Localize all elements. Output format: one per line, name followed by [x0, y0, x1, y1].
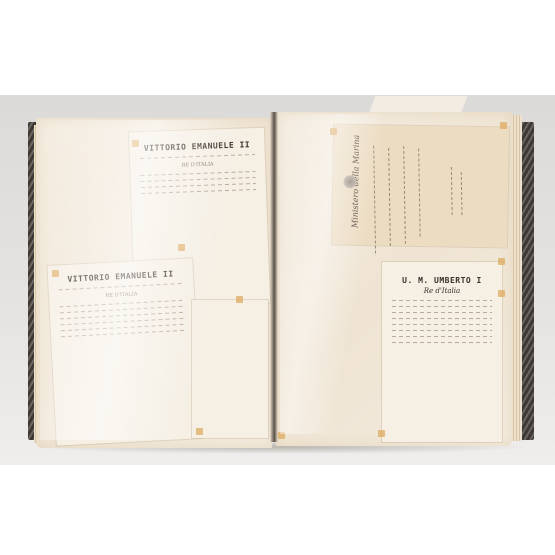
decree-document-bottom-left: VITTORIO EMANUELE II RE D'ITALIA [47, 258, 201, 445]
tape-corner [178, 244, 185, 251]
album-gutter [270, 112, 278, 442]
decree-document-right: U. M. UMBERTO I Re d'Italia [382, 262, 502, 442]
text-line [141, 177, 256, 182]
text-line [392, 324, 492, 325]
decree-subtitle: Re d'Italia [382, 287, 502, 295]
text-line [392, 342, 492, 343]
handwriting-line [418, 148, 421, 238]
signature [451, 167, 453, 217]
handwriting-line [373, 146, 376, 256]
handwriting-line [403, 146, 406, 246]
decree-subtitle: RE D'ITALIA [130, 160, 265, 171]
text-line [140, 171, 255, 176]
decree-title: VITTORIO EMANUELE II [48, 268, 193, 285]
tape-corner [278, 432, 285, 439]
tape-corner [498, 258, 505, 265]
text-line [392, 330, 492, 331]
signature [461, 172, 463, 217]
ministry-letter: Ministero della Marina [332, 124, 509, 247]
blank-sheet [192, 300, 268, 438]
tape-corner [330, 128, 337, 135]
text-line [141, 183, 256, 188]
text-line [392, 336, 492, 337]
text-line [61, 330, 186, 338]
text-line [392, 312, 492, 313]
tape-corner [132, 140, 139, 147]
text-line [392, 318, 492, 319]
tape-corner [500, 122, 507, 129]
text-line [140, 154, 255, 159]
text-line [392, 300, 492, 301]
decree-title: VITTORIO EMANUELE II [129, 140, 264, 154]
decree-title: U. M. UMBERTO I [382, 276, 502, 285]
tape-corner [498, 290, 505, 297]
tape-corner [378, 430, 385, 437]
text-line [141, 189, 256, 194]
text-line [392, 306, 492, 307]
handwriting-line [388, 148, 391, 248]
tape-corner [236, 296, 243, 303]
tape-corner [52, 270, 59, 277]
tape-corner [196, 428, 203, 435]
